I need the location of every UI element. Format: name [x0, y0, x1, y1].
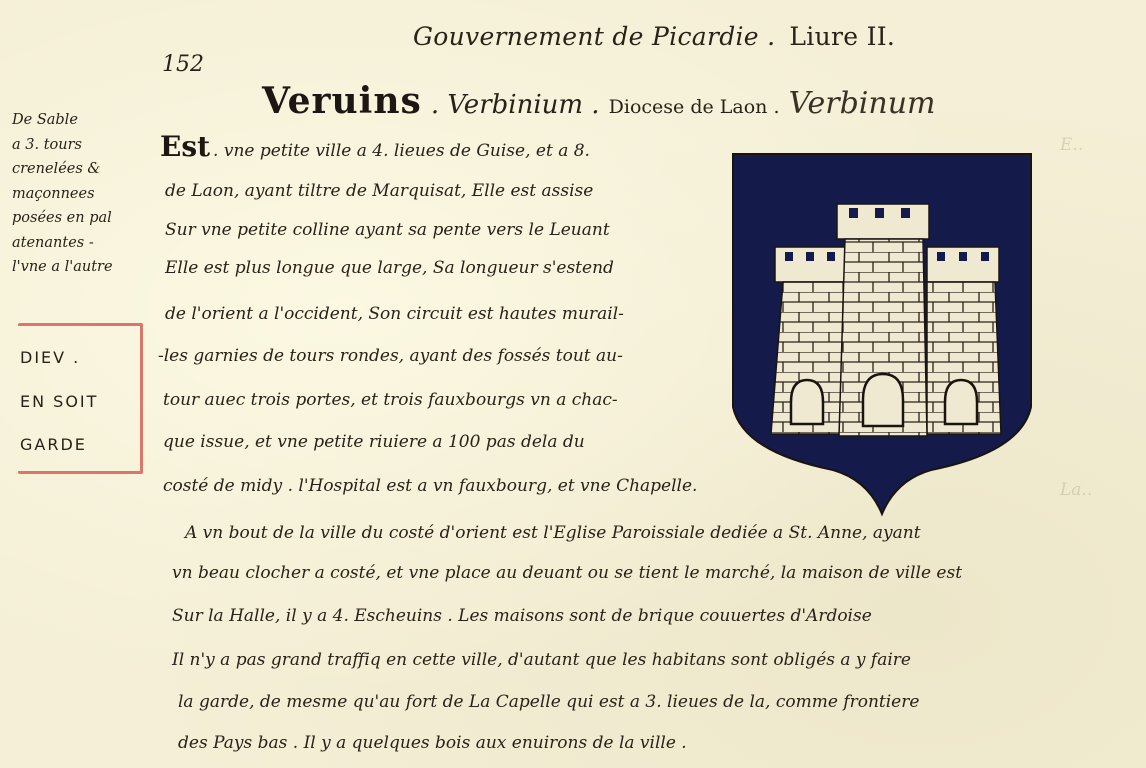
running-head-book: Liure II.	[789, 22, 895, 51]
body-line: des Pays bas . Il y a quelques bois aux …	[178, 733, 687, 753]
body-line: Sur vne petite colline ayant sa pente ve…	[165, 220, 610, 240]
body-line: de l'orient a l'occident, Son circuit es…	[165, 304, 624, 324]
blazon-line: atenantes -	[12, 231, 152, 256]
place-name: Veruins	[262, 80, 422, 122]
motto-line: DIEV .	[20, 348, 80, 367]
body-line: de Laon, ayant tiltre de Marquisat, Elle…	[165, 181, 593, 201]
manuscript-page: E.. La.. Gouvernement de Picardie .Liure…	[0, 0, 1146, 768]
blazon-line: posées en pal	[12, 206, 152, 231]
blazon-line: a 3. tours	[12, 133, 152, 158]
show-through-text: E..	[1060, 135, 1083, 155]
body-line: Il n'y a pas grand traffiq en cette vill…	[172, 650, 911, 670]
shield-with-three-towers-icon	[731, 152, 1033, 518]
entry-heading: Veruins . Verbinium . Diocese de Laon . …	[262, 80, 936, 122]
blazon-line: l'vne a l'autre	[12, 255, 152, 280]
motto-line: GARDE	[20, 435, 87, 454]
body-line: vn beau clocher a costé, et vne place au…	[172, 563, 962, 583]
diocese-label: Diocese de Laon .	[609, 96, 780, 118]
body-line: la garde, de mesme qu'au fort de La Cape…	[178, 692, 919, 712]
show-through-text: La..	[1060, 480, 1092, 500]
body-line: costé de midy . l'Hospital est a vn faux…	[163, 476, 697, 496]
body-line: Est. vne petite ville a 4. lieues de Gui…	[160, 130, 590, 163]
blazon-line: De Sable	[12, 108, 152, 133]
body-line: Sur la Halle, il y a 4. Escheuins . Les …	[172, 606, 872, 626]
latin-name: . Verbinium .	[431, 90, 600, 120]
blazon-line: crenelées &	[12, 157, 152, 182]
folio-number: 152	[162, 52, 204, 77]
body-line: tour auec trois portes, et trois fauxbou…	[163, 390, 618, 410]
body-line: -les garnies de tours rondes, ayant des …	[158, 346, 623, 366]
margin-blazon: De Sable a 3. tours crenelées & maçonnee…	[12, 108, 152, 280]
coat-of-arms	[731, 152, 1033, 518]
latin-gloss: Verbinum	[789, 86, 936, 121]
motto-line: EN SOIT	[20, 392, 98, 411]
body-line: Elle est plus longue que large, Sa longu…	[165, 258, 614, 278]
running-head-title: Gouvernement de Picardie .	[413, 22, 775, 51]
running-head: Gouvernement de Picardie .Liure II.	[413, 22, 895, 51]
blazon-line: maçonnees	[12, 182, 152, 207]
body-line: que issue, et vne petite riuiere a 100 p…	[163, 432, 585, 452]
drop-word: Est	[160, 130, 210, 163]
body-line: A vn bout de la ville du costé d'orient …	[185, 523, 921, 543]
